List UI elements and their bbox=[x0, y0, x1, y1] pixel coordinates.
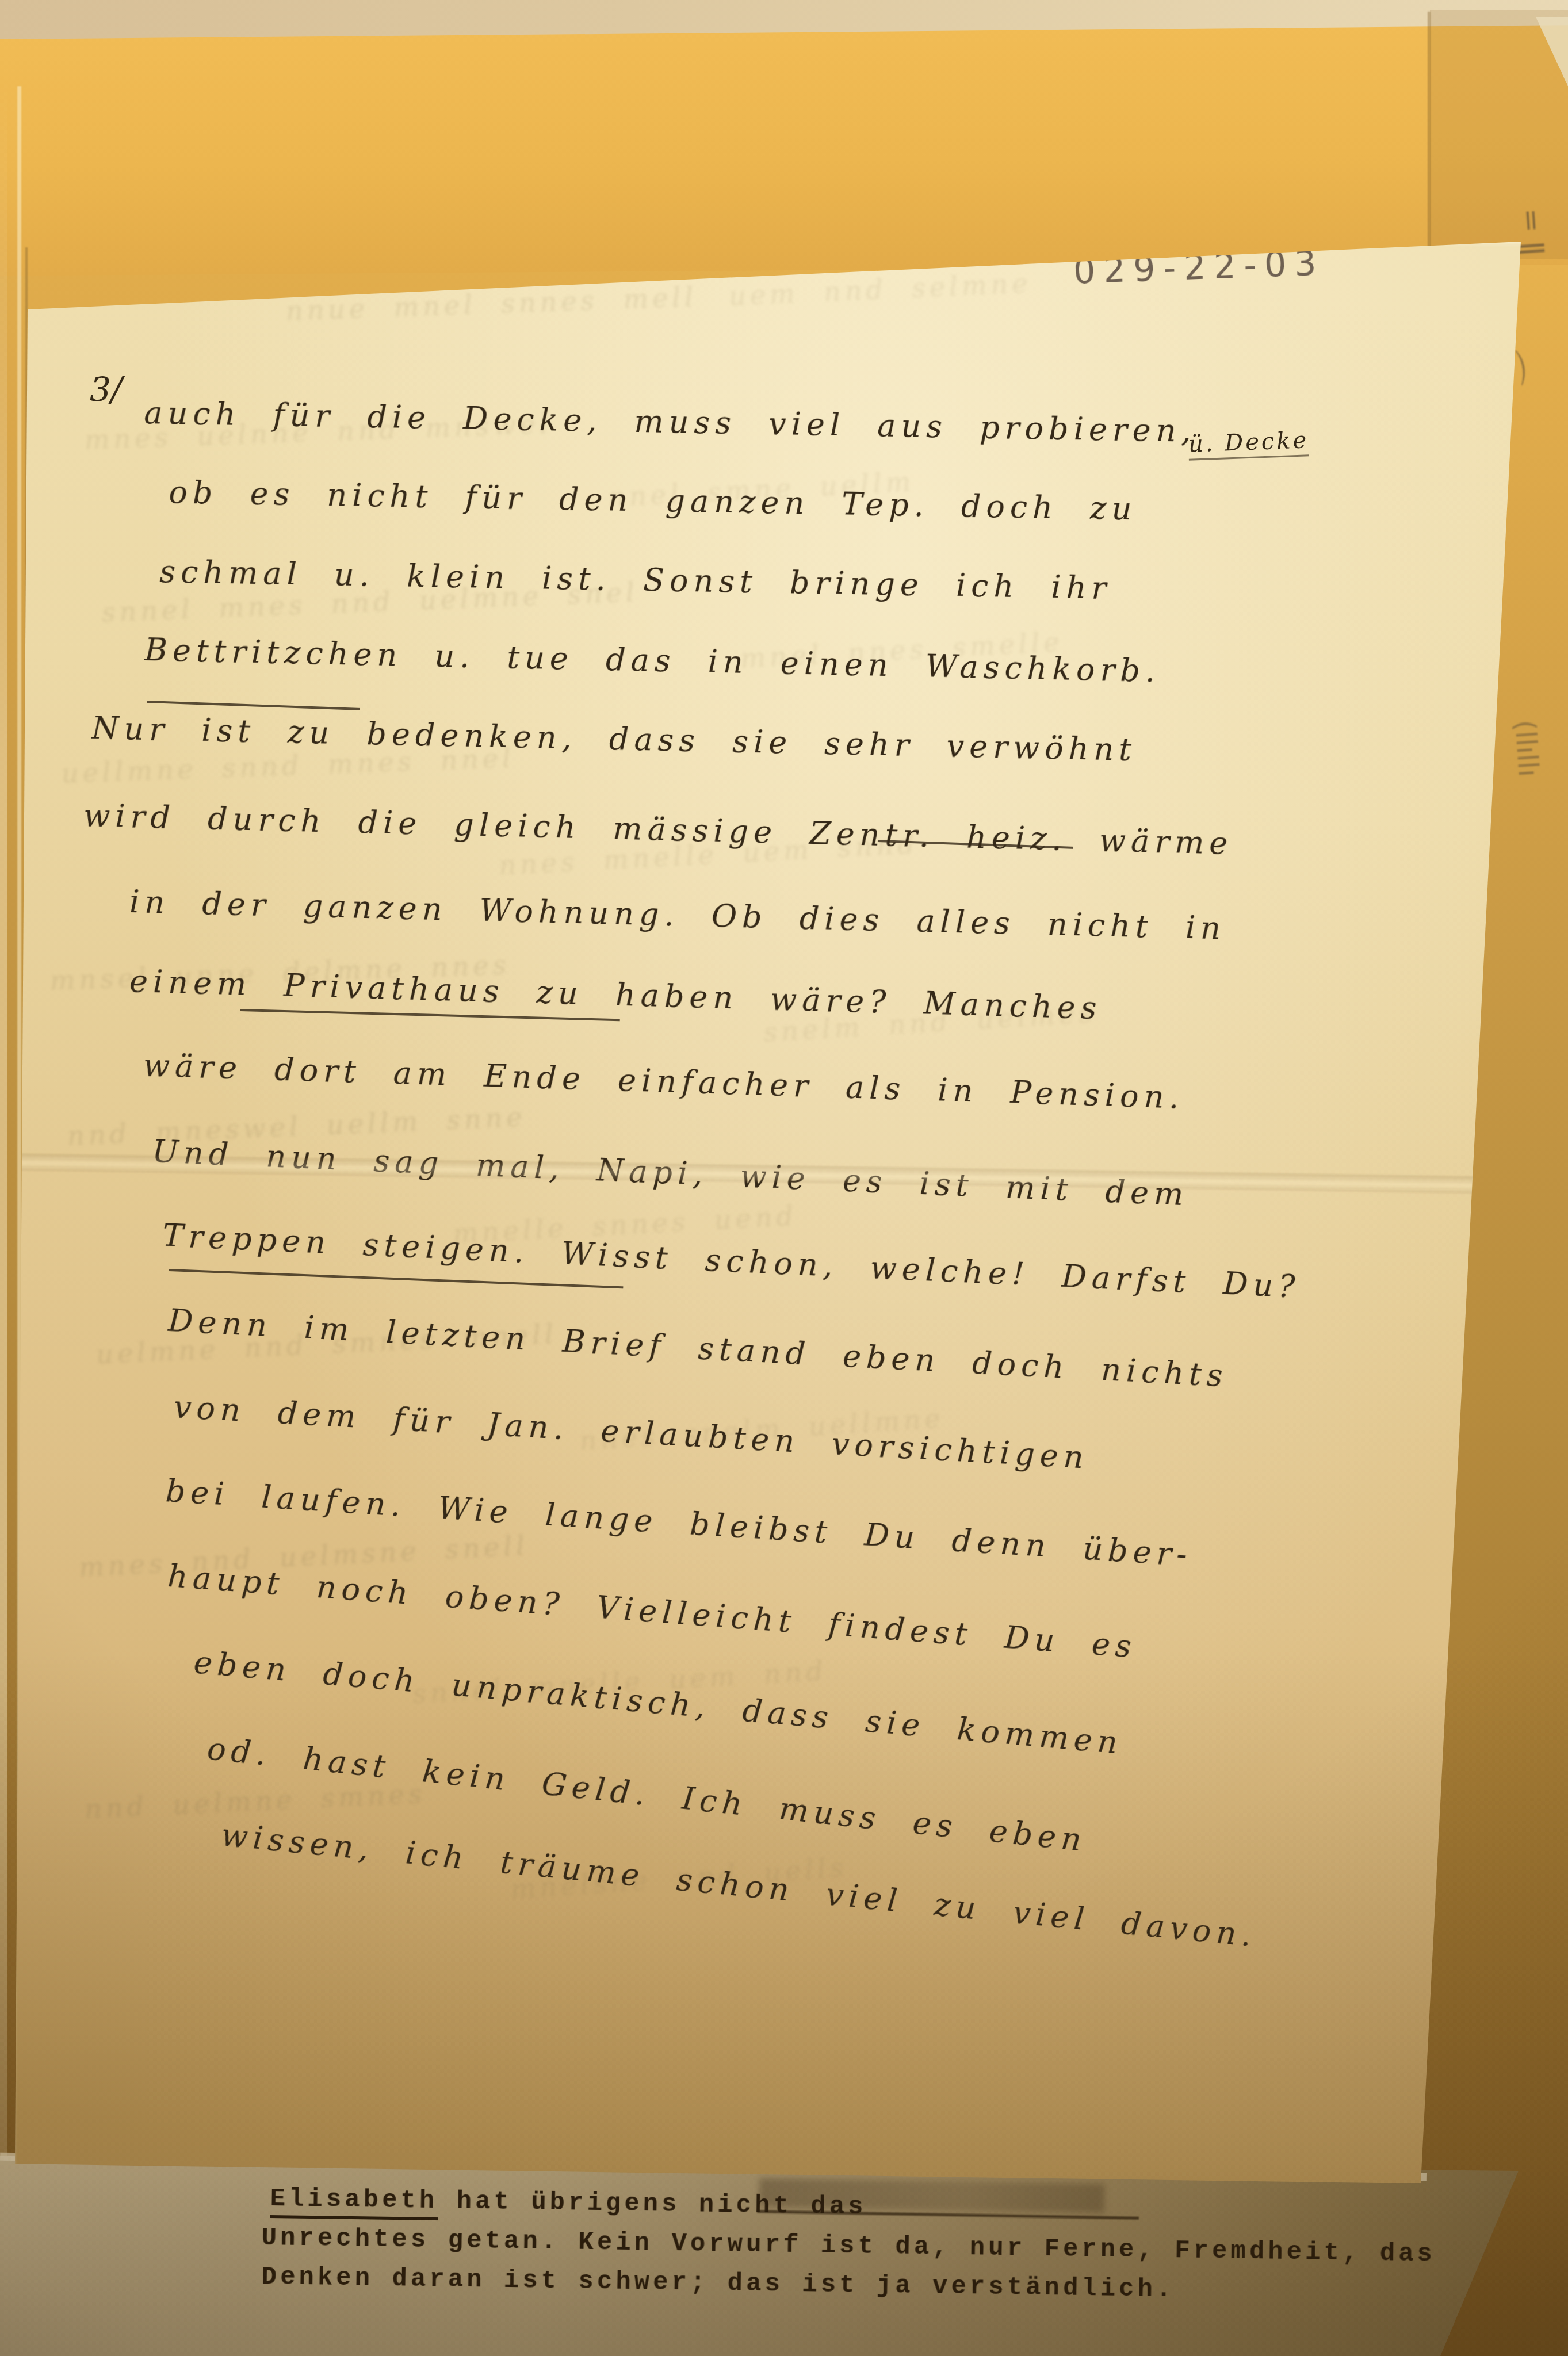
ink-bleed-ghost-line: nnd uelmne smnes bbox=[84, 1778, 426, 1825]
handwriting-line: einem Privathaus zu haben wäre? Manches bbox=[129, 963, 1102, 1026]
page-number-label: 3/ bbox=[90, 370, 122, 409]
handwriting-underline bbox=[169, 1269, 624, 1288]
typed-letter-sheet: Elisabeth hat übrigens nicht das Unrecht… bbox=[0, 2156, 1519, 2356]
typed-line-3: Denken daran ist schwer; das ist ja vers… bbox=[261, 2263, 1175, 2304]
typed-name-underlined: Elisabeth bbox=[270, 2185, 438, 2220]
handwriting-line: wissen, ich träume schon viel zu viel da… bbox=[220, 1816, 1258, 1954]
archival-photo: = ǁA⌒(llıllı Elisabeth hat übrigens nich… bbox=[0, 0, 1568, 2356]
stacked-paper-edge bbox=[0, 81, 7, 2356]
handwriting-line: wäre dort am Ende einfacher als in Pensi… bbox=[143, 1047, 1184, 1116]
handwriting-underline bbox=[147, 701, 360, 710]
inserted-word-superscript: ü. Decke bbox=[1188, 427, 1309, 460]
folder-top-band bbox=[0, 17, 1568, 276]
folder-crease-line bbox=[1428, 12, 1431, 253]
handwriting-line: in der ganzen Wohnung. Ob dies alles nic… bbox=[129, 883, 1226, 947]
folder-pencil-mark: (llıllı bbox=[1508, 719, 1544, 778]
handwritten-letter-page: nnue mnel snnes melluem nnd selmnemnes u… bbox=[15, 240, 1538, 2196]
typed-line-2: Unrechtes getan. Kein Vorwurf ist da, nu… bbox=[261, 2224, 1436, 2269]
handwriting-line: ob es nicht für den ganzen Tep. doch zu bbox=[169, 474, 1137, 527]
handwriting-line: von dem für Jan. erlaubten vorsichtigen bbox=[173, 1389, 1089, 1476]
handwriting-line: haupt noch oben? Vielleicht findest Du e… bbox=[166, 1558, 1138, 1665]
faded-strikeout-smudge bbox=[759, 2178, 1105, 2213]
